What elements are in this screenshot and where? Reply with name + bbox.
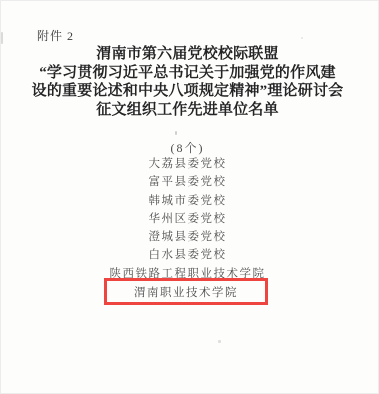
title-line-3: 设的重要论述和中央八项规定精神”理论研讨会 bbox=[0, 82, 377, 101]
title-line-1: 渭南市第六届党校校际联盟 bbox=[0, 45, 377, 64]
unit-list: 大荔县委党校 富平县委党校 韩城市委党校 华州区委党校 澄城县委党校 白水县委党… bbox=[0, 155, 377, 283]
scan-speck bbox=[218, 340, 221, 343]
highlighted-unit: 渭南职业技术学院 bbox=[134, 284, 238, 300]
scan-speck bbox=[175, 131, 177, 135]
unit-count-label: (8个) bbox=[0, 139, 377, 156]
scan-speck bbox=[301, 37, 303, 39]
unit-item: 白水县委党校 bbox=[0, 246, 377, 264]
document-title: 渭南市第六届党校校际联盟 “学习贯彻习近平总书记关于加强党的作风建 设的重要论述… bbox=[0, 45, 377, 119]
unit-item: 华州区委党校 bbox=[0, 210, 377, 228]
red-highlight-box: 渭南职业技术学院 bbox=[104, 278, 268, 305]
title-line-2: “学习贯彻习近平总书记关于加强党的作风建 bbox=[0, 64, 377, 83]
title-line-4: 征文组织工作先进单位名单 bbox=[0, 101, 377, 120]
unit-item: 大荔县委党校 bbox=[0, 155, 377, 173]
unit-item: 韩城市委党校 bbox=[0, 192, 377, 210]
scanned-document-page: 附件 2 渭南市第六届党校校际联盟 “学习贯彻习近平总书记关于加强党的作风建 设… bbox=[0, 0, 379, 394]
attachment-label: 附件 2 bbox=[37, 27, 74, 44]
unit-item: 澄城县委党校 bbox=[0, 228, 377, 246]
unit-item: 富平县委党校 bbox=[0, 173, 377, 191]
scan-speck bbox=[1, 32, 3, 44]
